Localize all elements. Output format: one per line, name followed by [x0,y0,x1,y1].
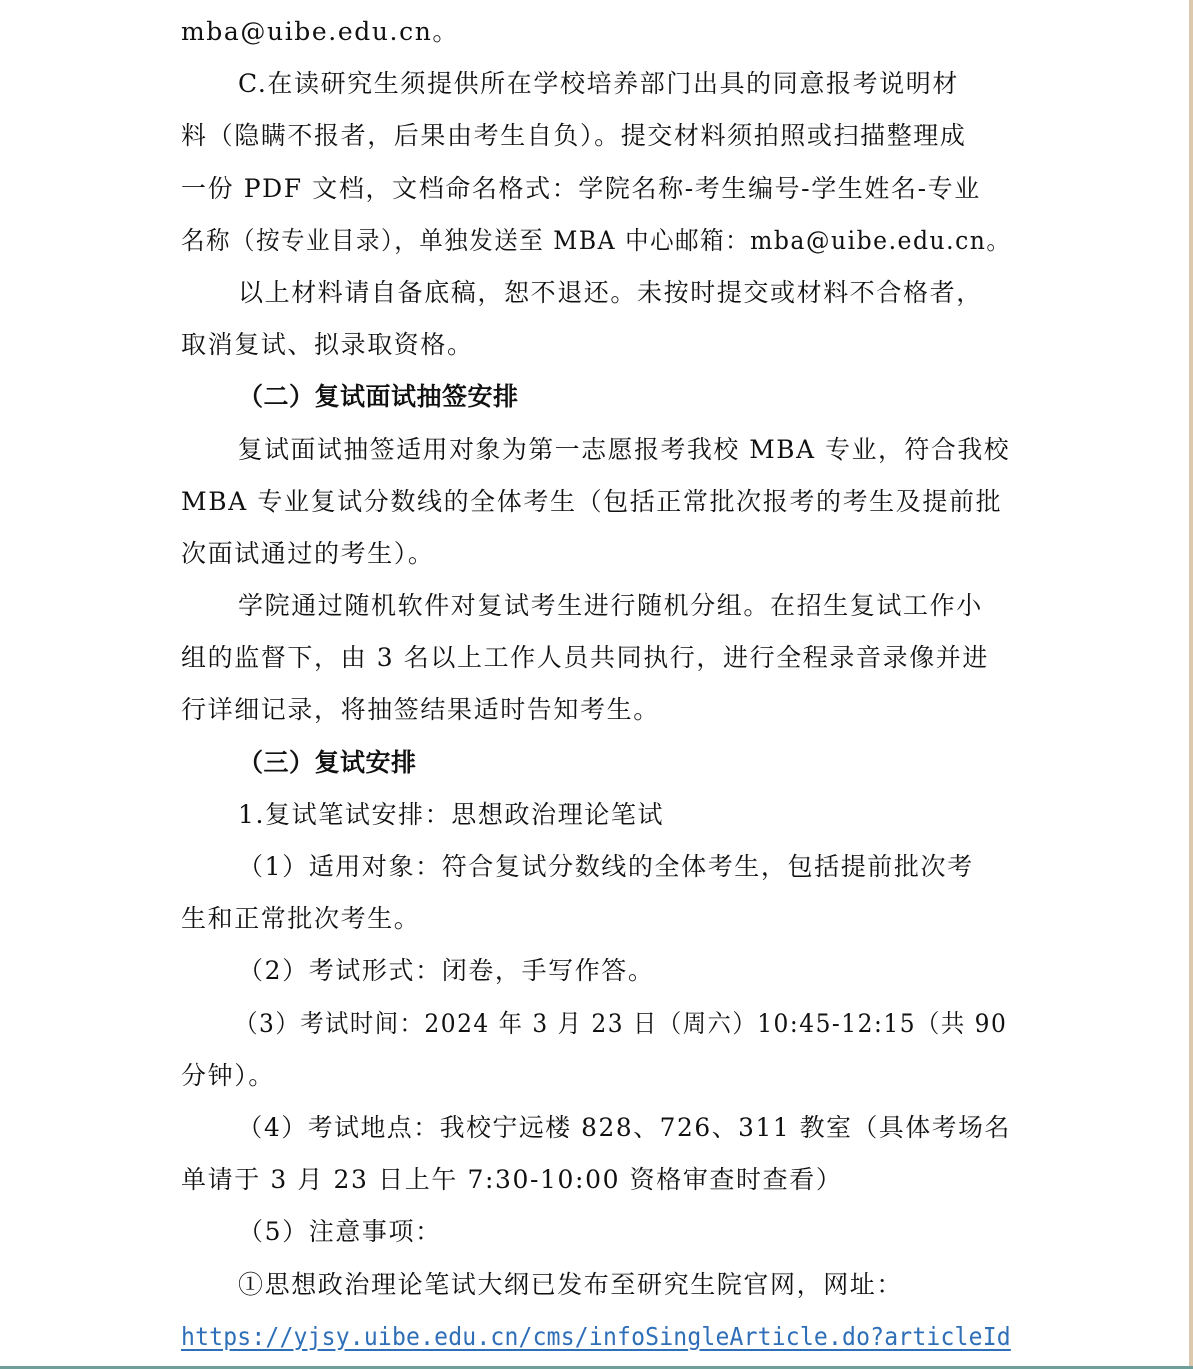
body-text-line: 复试面试抽签适用对象为第一志愿报考我校 MBA 专业，符合我校 [181,424,1006,476]
section-heading-lottery: （二）复试面试抽签安排 [181,371,1011,423]
body-text-line: （2）考试形式：闭卷，手写作答。 [181,945,1011,997]
body-text-line: ①思想政治理论笔试大纲已发布至研究生院官网，网址： [181,1259,1011,1311]
body-text-line: 取消复试、拟录取资格。 [181,319,1011,371]
body-text-line: 以上材料请自备底稿，恕不退还。未按时提交或材料不合格者， [181,267,1011,319]
body-text-line: 单请于 3 月 23 日上午 7:30-10:00 资格审查时查看） [181,1154,1011,1206]
body-text-line: 组的监督下，由 3 名以上工作人员共同执行，进行全程录音录像并进 [181,632,1011,684]
url-line: https://yjsy.uibe.edu.cn/cms/infoSingleA… [181,1311,946,1363]
body-text-line: 1.复试笔试安排：思想政治理论笔试 [181,789,1011,841]
body-text-line: 生和正常批次考生。 [181,893,1011,945]
syllabus-link[interactable]: https://yjsy.uibe.edu.cn/cms/infoSingleA… [181,1322,1011,1351]
body-text-line: MBA 专业复试分数线的全体考生（包括正常批次报考的考生及提前批 [181,476,1011,528]
page-right-border [1189,0,1193,1366]
document-page: mba@uibe.edu.cn。 C.在读研究生须提供所在学校培养部门出具的同意… [0,0,1189,1366]
body-text-line: 次面试通过的考生）。 [181,528,1011,580]
body-text-line: 料（隐瞒不报者，后果由考生自负）。提交材料须拍照或扫描整理成 [181,110,1011,162]
body-text-line: 名称（按专业目录），单独发送至 MBA 中心邮箱：mba@uibe.edu.cn… [181,215,961,267]
body-text-line: （3）考试时间：2024 年 3 月 23 日（周六）10:45-12:15（共… [181,998,956,1050]
body-text-line: C.在读研究生须提供所在学校培养部门出具的同意报考说明材 [181,58,1011,110]
body-text-line: mba@uibe.edu.cn。 [181,6,1011,58]
body-text-line: （1）适用对象：符合复试分数线的全体考生，包括提前批次考 [181,841,1011,893]
section-heading-arrangement: （三）复试安排 [181,737,1011,789]
body-text-line: 分钟）。 [181,1050,1011,1102]
body-text-line: 一份 PDF 文档，文档命名格式：学院名称-考生编号-学生姓名-专业 [181,163,1011,215]
body-text-line: 学院通过随机软件对复试考生进行随机分组。在招生复试工作小 [181,580,1011,632]
body-text-line: 行详细记录，将抽签结果适时告知考生。 [181,684,1011,736]
body-text-line: （4）考试地点：我校宁远楼 828、726、311 教室（具体考场名 [181,1102,1005,1154]
document-content: mba@uibe.edu.cn。 C.在读研究生须提供所在学校培养部门出具的同意… [181,6,1011,1363]
body-text-line: （5）注意事项： [181,1206,1011,1258]
